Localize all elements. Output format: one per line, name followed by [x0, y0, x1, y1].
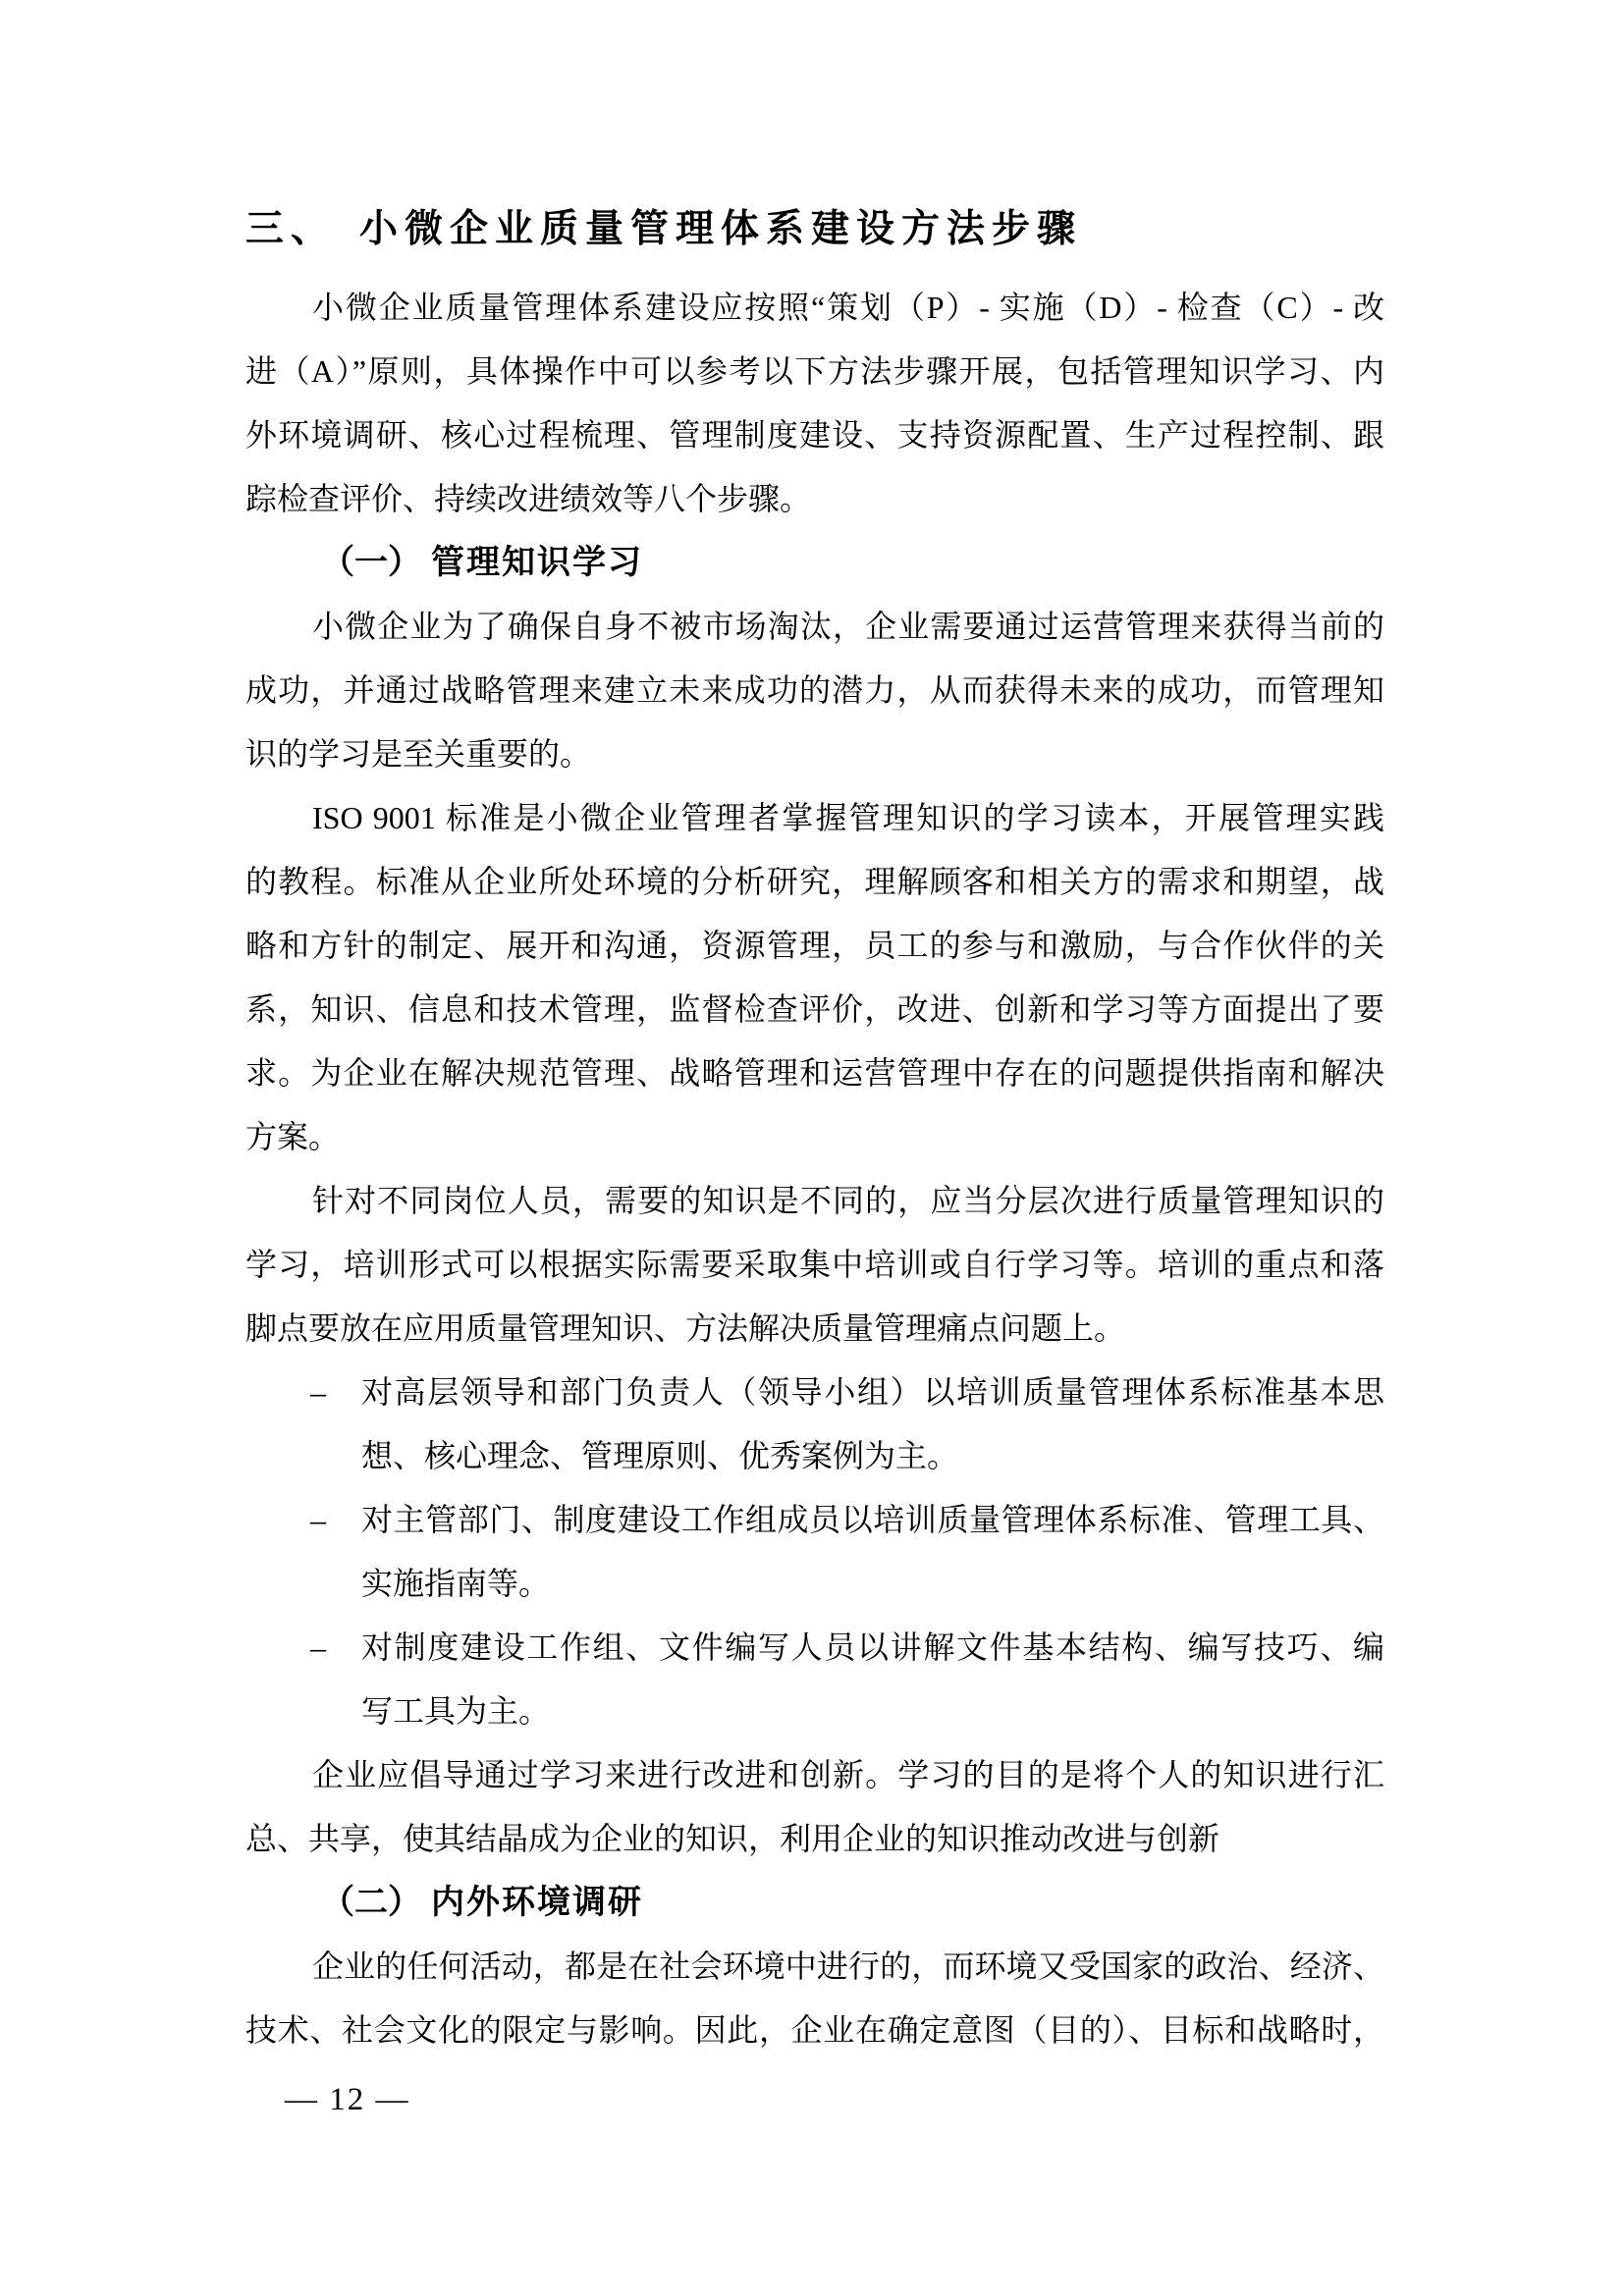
text-line: 小微企业为了确保自身不被市场淘汰，企业需要通过运营管理来获得当前的 [245, 595, 1384, 659]
bullet-dash: – [310, 1488, 361, 1552]
text-line: 企业的任何活动，都是在社会环境中进行的，而环境又受国家的政治、经济、 [245, 1935, 1384, 1999]
text-line: 学习，培训形式可以根据实际需要采取集中培训或自行学习等。培训的重点和落 [245, 1233, 1384, 1297]
document-page: 三、小微企业质量管理体系建设方法步骤 小微企业质量管理体系建设应按照“策划（P）… [0, 0, 1624, 2296]
bullet-text-line: 想、核心理念、管理原则、优秀案例为主。 [245, 1424, 1384, 1488]
bullet-text-line: 实施指南等。 [245, 1552, 1384, 1616]
section-heading-level2: （二）内外环境调研 [245, 1871, 1384, 1935]
heading-title: 内外环境调研 [431, 1884, 643, 1921]
bullet-dash: – [310, 1361, 361, 1424]
line-text: 成功，并通过战略管理来建立未来成功的潜力，从而获得未来的成功，而管理知 [245, 672, 1384, 708]
line-text: 企业应倡导通过学习来进行改进和创新。学习的目的是将个人的知识进行汇 [312, 1757, 1384, 1792]
bullet-text-line: –对高层领导和部门负责人（领导小组）以培训质量管理体系标准基本思 [245, 1361, 1384, 1424]
text-line: 方案。 [245, 1105, 1384, 1169]
line-text: 的教程。标准从企业所处环境的分析研究，理解顾客和相关方的需求和期望，战 [245, 864, 1384, 899]
section-heading-level1: 三、小微企业质量管理体系建设方法步骤 [245, 200, 1082, 259]
line-text: 系，知识、信息和技术管理，监督检查评价，改进、创新和学习等方面提出了要 [245, 991, 1384, 1027]
text-line: 总、共享，使其结晶成为企业的知识，利用企业的知识推动改进与创新 [245, 1807, 1384, 1871]
line-text: 外环境调研、核心过程梳理、管理制度建设、支持资源配置、生产过程控制、跟 [245, 417, 1384, 453]
heading-number: 三、 [245, 208, 336, 250]
line-text: 小微企业质量管理体系建设应按照“策划（P）- 实施（D）- 检查（C）- 改 [312, 290, 1384, 325]
line-text: 针对不同岗位人员，需要的知识是不同的，应当分层次进行质量管理知识的 [312, 1183, 1384, 1218]
text-line: 踪检查评价、持续改进绩效等八个步骤。 [245, 467, 1384, 531]
text-line: ISO 9001 标准是小微企业管理者掌握管理知识的学习读本，开展管理实践 [245, 786, 1384, 850]
line-text: 略和方针的制定、展开和沟通，资源管理，员工的参与和激励，与合作伙伴的关 [245, 928, 1384, 963]
text-line: 求。为企业在解决规范管理、战略管理和运营管理中存在的问题提供指南和解决 [245, 1041, 1384, 1105]
heading-title: 管理知识学习 [431, 544, 643, 581]
text-line: 系，知识、信息和技术管理，监督检查评价，改进、创新和学习等方面提出了要 [245, 978, 1384, 1041]
line-text: 求。为企业在解决规范管理、战略管理和运营管理中存在的问题提供指南和解决 [245, 1055, 1384, 1091]
page-number: — 12 — [285, 2079, 410, 2120]
line-text: 企业的任何活动，都是在社会环境中进行的，而环境又受国家的政治、经济、 [312, 1949, 1384, 1984]
bullet-text-line: –对制度建设工作组、文件编写人员以讲解文件基本结构、编写技巧、编 [245, 1616, 1384, 1680]
text-line: 的教程。标准从企业所处环境的分析研究，理解顾客和相关方的需求和期望，战 [245, 850, 1384, 914]
text-line: 进（A）”原则，具体操作中可以参考以下方法步骤开展，包括管理知识学习、内 [245, 340, 1384, 403]
text-line: 针对不同岗位人员，需要的知识是不同的，应当分层次进行质量管理知识的 [245, 1169, 1384, 1233]
bullet-text-line: 写工具为主。 [245, 1680, 1384, 1743]
line-text: 踪检查评价、持续改进绩效等八个步骤。 [245, 481, 811, 516]
text-line: 企业应倡导通过学习来进行改进和创新。学习的目的是将个人的知识进行汇 [245, 1743, 1384, 1807]
line-text: 对主管部门、制度建设工作组成员以培训质量管理体系标准、管理工具、 [361, 1502, 1384, 1537]
line-text: 学习，培训形式可以根据实际需要采取集中培训或自行学习等。培训的重点和落 [245, 1247, 1384, 1282]
bullet-dash: – [310, 1616, 361, 1680]
line-text: 实施指南等。 [361, 1566, 550, 1601]
heading-title: 小微企业质量管理体系建设方法步骤 [359, 208, 1082, 250]
text-line: 成功，并通过战略管理来建立未来成功的潜力，从而获得未来的成功，而管理知 [245, 659, 1384, 722]
line-text: 想、核心理念、管理原则、优秀案例为主。 [361, 1438, 958, 1473]
text-line: 外环境调研、核心过程梳理、管理制度建设、支持资源配置、生产过程控制、跟 [245, 403, 1384, 467]
heading-number: （一） [321, 544, 421, 581]
line-text: 对制度建设工作组、文件编写人员以讲解文件基本结构、编写技巧、编 [361, 1629, 1384, 1665]
line-text: 小微企业为了确保自身不被市场淘汰，企业需要通过运营管理来获得当前的 [312, 609, 1384, 644]
line-text: 识的学习是至关重要的。 [245, 736, 591, 772]
document-body: 小微企业质量管理体系建设应按照“策划（P）- 实施（D）- 检查（C）- 改进（… [245, 276, 1384, 2062]
text-line: 技术、社会文化的限定与影响。因此，企业在确定意图（目的）、目标和战略时， [245, 1999, 1384, 2062]
text-line: 小微企业质量管理体系建设应按照“策划（P）- 实施（D）- 检查（C）- 改 [245, 276, 1384, 340]
line-text: 方案。 [245, 1119, 340, 1154]
line-text: 脚点要放在应用质量管理知识、方法解决质量管理痛点问题上。 [245, 1310, 1125, 1346]
bullet-text-line: –对主管部门、制度建设工作组成员以培训质量管理体系标准、管理工具、 [245, 1488, 1384, 1552]
section-heading-level2: （一）管理知识学习 [245, 531, 1384, 595]
line-text: 进（A）”原则，具体操作中可以参考以下方法步骤开展，包括管理知识学习、内 [245, 353, 1384, 389]
line-text: 对高层领导和部门负责人（领导小组）以培训质量管理体系标准基本思 [361, 1374, 1384, 1410]
line-text: ISO 9001 标准是小微企业管理者掌握管理知识的学习读本，开展管理实践 [312, 800, 1384, 835]
text-line: 识的学习是至关重要的。 [245, 722, 1384, 786]
heading-number: （二） [321, 1884, 421, 1921]
text-line: 略和方针的制定、展开和沟通，资源管理，员工的参与和激励，与合作伙伴的关 [245, 914, 1384, 978]
text-line: 脚点要放在应用质量管理知识、方法解决质量管理痛点问题上。 [245, 1297, 1384, 1361]
line-text: 总、共享，使其结晶成为企业的知识，利用企业的知识推动改进与创新 [245, 1821, 1219, 1856]
line-text: 技术、社会文化的限定与影响。因此，企业在确定意图（目的）、目标和战略时， [245, 2012, 1384, 2048]
line-text: 写工具为主。 [361, 1693, 550, 1729]
